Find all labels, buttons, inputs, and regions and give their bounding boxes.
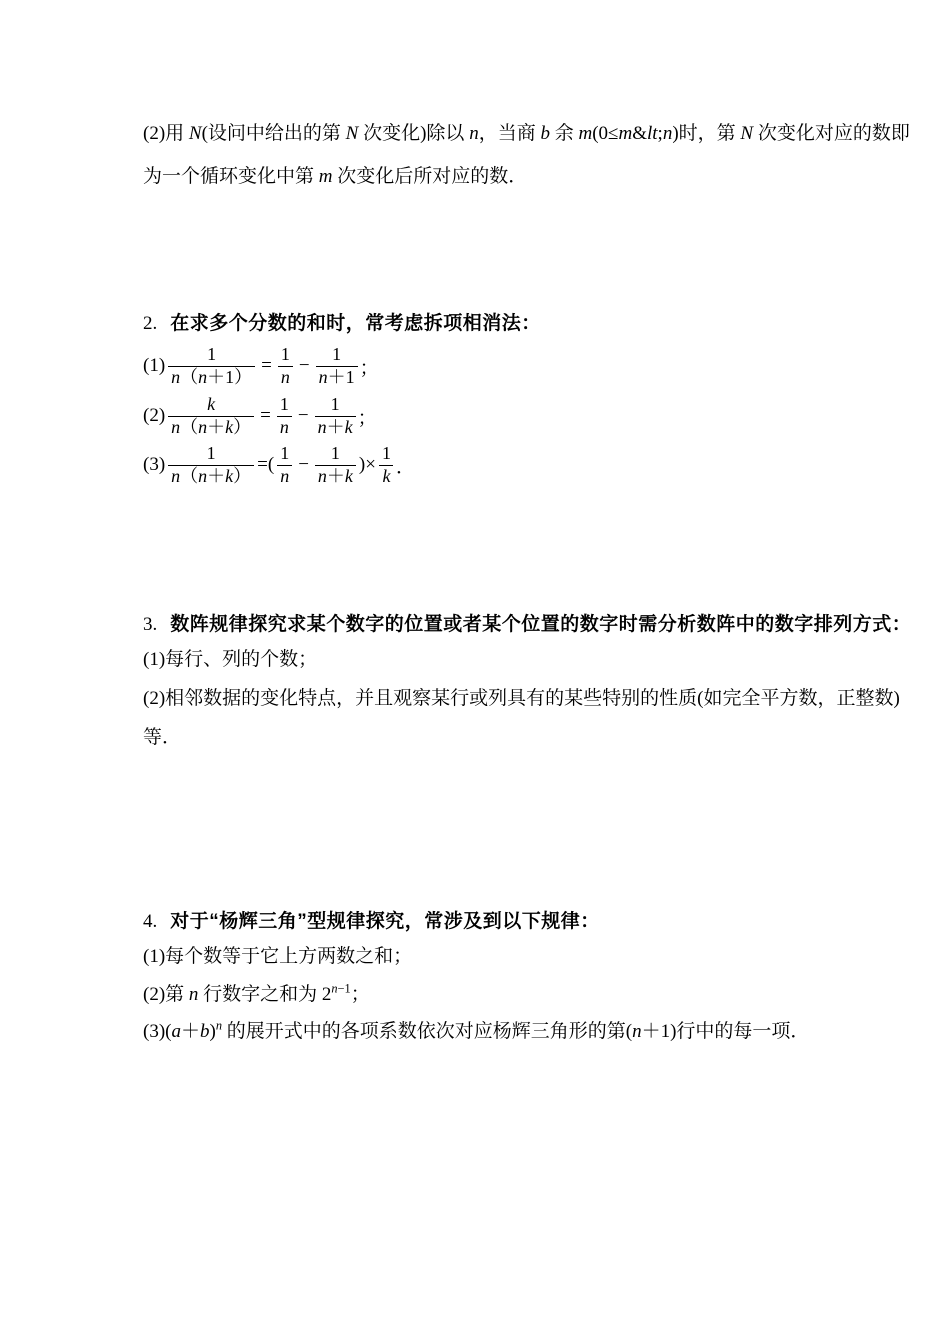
formula-1-label: (1) [143, 355, 165, 377]
section4-item-2: (2)第 n 行数字之和为 2n−1； [143, 984, 370, 1007]
formula-1-term2-fraction: 1n＋1 [316, 344, 358, 388]
section2-number: 2. [143, 313, 157, 334]
section3-item-2-continuation: 等． [143, 727, 181, 750]
formula-3: (3) 1n（n＋k） =( 1n − 1n＋k )× 1k ． [143, 440, 415, 490]
formula-3-term1-fraction: 1n [277, 443, 292, 487]
item3-tail: 的展开式中的各项系数依次对应杨辉三角形的第(n＋1)行中的每一项． [222, 1021, 809, 1042]
formula-3-term3-fraction: 1k [379, 443, 394, 487]
document-page: (2)用 N(设问中给出的第 N 次变化)除以 n，当商 b 余 m(0≤m&l… [0, 0, 950, 1344]
item2-text: (2)第 n 行数字之和为 2 [143, 984, 331, 1005]
minus-sign: − [298, 405, 309, 427]
section3-heading: 3.数阵规律探究求某个数字的位置或者某个位置的数字时需分析数阵中的数字排列方式： [143, 609, 911, 636]
equals-sign: = [260, 405, 271, 427]
section4-title: 对于“杨辉三角”型规律探究，常涉及到以下规律： [170, 911, 600, 932]
formula-3-term2-fraction: 1n＋k [315, 443, 356, 487]
formula-1-lhs-fraction: 1n（n＋1） [168, 344, 255, 388]
section3-title: 数阵规律探究求某个数字的位置或者某个位置的数字时需分析数阵中的数字排列方式： [170, 614, 911, 635]
paragraph1-line1: (2)用 N(设问中给出的第 N 次变化)除以 n，当商 b 余 m(0≤m&l… [143, 123, 910, 146]
section4-heading: 4.对于“杨辉三角”型规律探究，常涉及到以下规律： [143, 906, 600, 933]
item3-text: (3)(a＋b) [143, 1021, 216, 1042]
section3-item-2: (2)相邻数据的变化特点，并且观察某行或列具有的某些特别的性质(如完全平方数，正… [143, 688, 900, 711]
section4-item-1: (1)每个数等于它上方两数之和； [143, 946, 412, 969]
equals-open-paren: =( [257, 454, 274, 476]
section2-heading: 2.在求多个分数的和时，常考虑拆项相消法： [143, 308, 541, 335]
formula-2-term2-fraction: 1n＋k [315, 394, 356, 438]
minus-sign: − [299, 355, 310, 377]
section3-number: 3. [143, 614, 157, 635]
formula-2-term1-fraction: 1n [277, 394, 292, 438]
section4-number: 4. [143, 911, 157, 932]
formula-1: (1) 1n（n＋1） = 1n − 1n＋1 ； [143, 341, 379, 391]
item2-tail: ； [351, 984, 370, 1005]
equals-sign: = [261, 355, 272, 377]
formula-3-label: (3) [143, 454, 165, 476]
section2-title: 在求多个分数的和时，常考虑拆项相消法： [170, 313, 541, 334]
item2-superscript: n−1 [331, 982, 350, 996]
close-paren-times: )× [359, 454, 376, 476]
paragraph1-line2: 为一个循环变化中第 m 次变化后所对应的数． [143, 166, 527, 189]
formula-2: (2) kn（n＋k） = 1n − 1n＋k ； [143, 391, 377, 441]
minus-sign: − [298, 454, 309, 476]
formula-1-tail: ； [360, 353, 379, 380]
formula-2-lhs-fraction: kn（n＋k） [168, 394, 254, 438]
formula-3-tail: ． [396, 452, 415, 479]
formula-3-lhs-fraction: 1n（n＋k） [168, 443, 254, 487]
formula-1-term1-fraction: 1n [278, 344, 293, 388]
section4-item-3: (3)(a＋b)n 的展开式中的各项系数依次对应杨辉三角形的第(n＋1)行中的每… [143, 1021, 809, 1044]
section3-item-1: (1)每行、列的个数； [143, 649, 317, 672]
formula-2-tail: ； [358, 403, 377, 430]
formula-2-label: (2) [143, 405, 165, 427]
